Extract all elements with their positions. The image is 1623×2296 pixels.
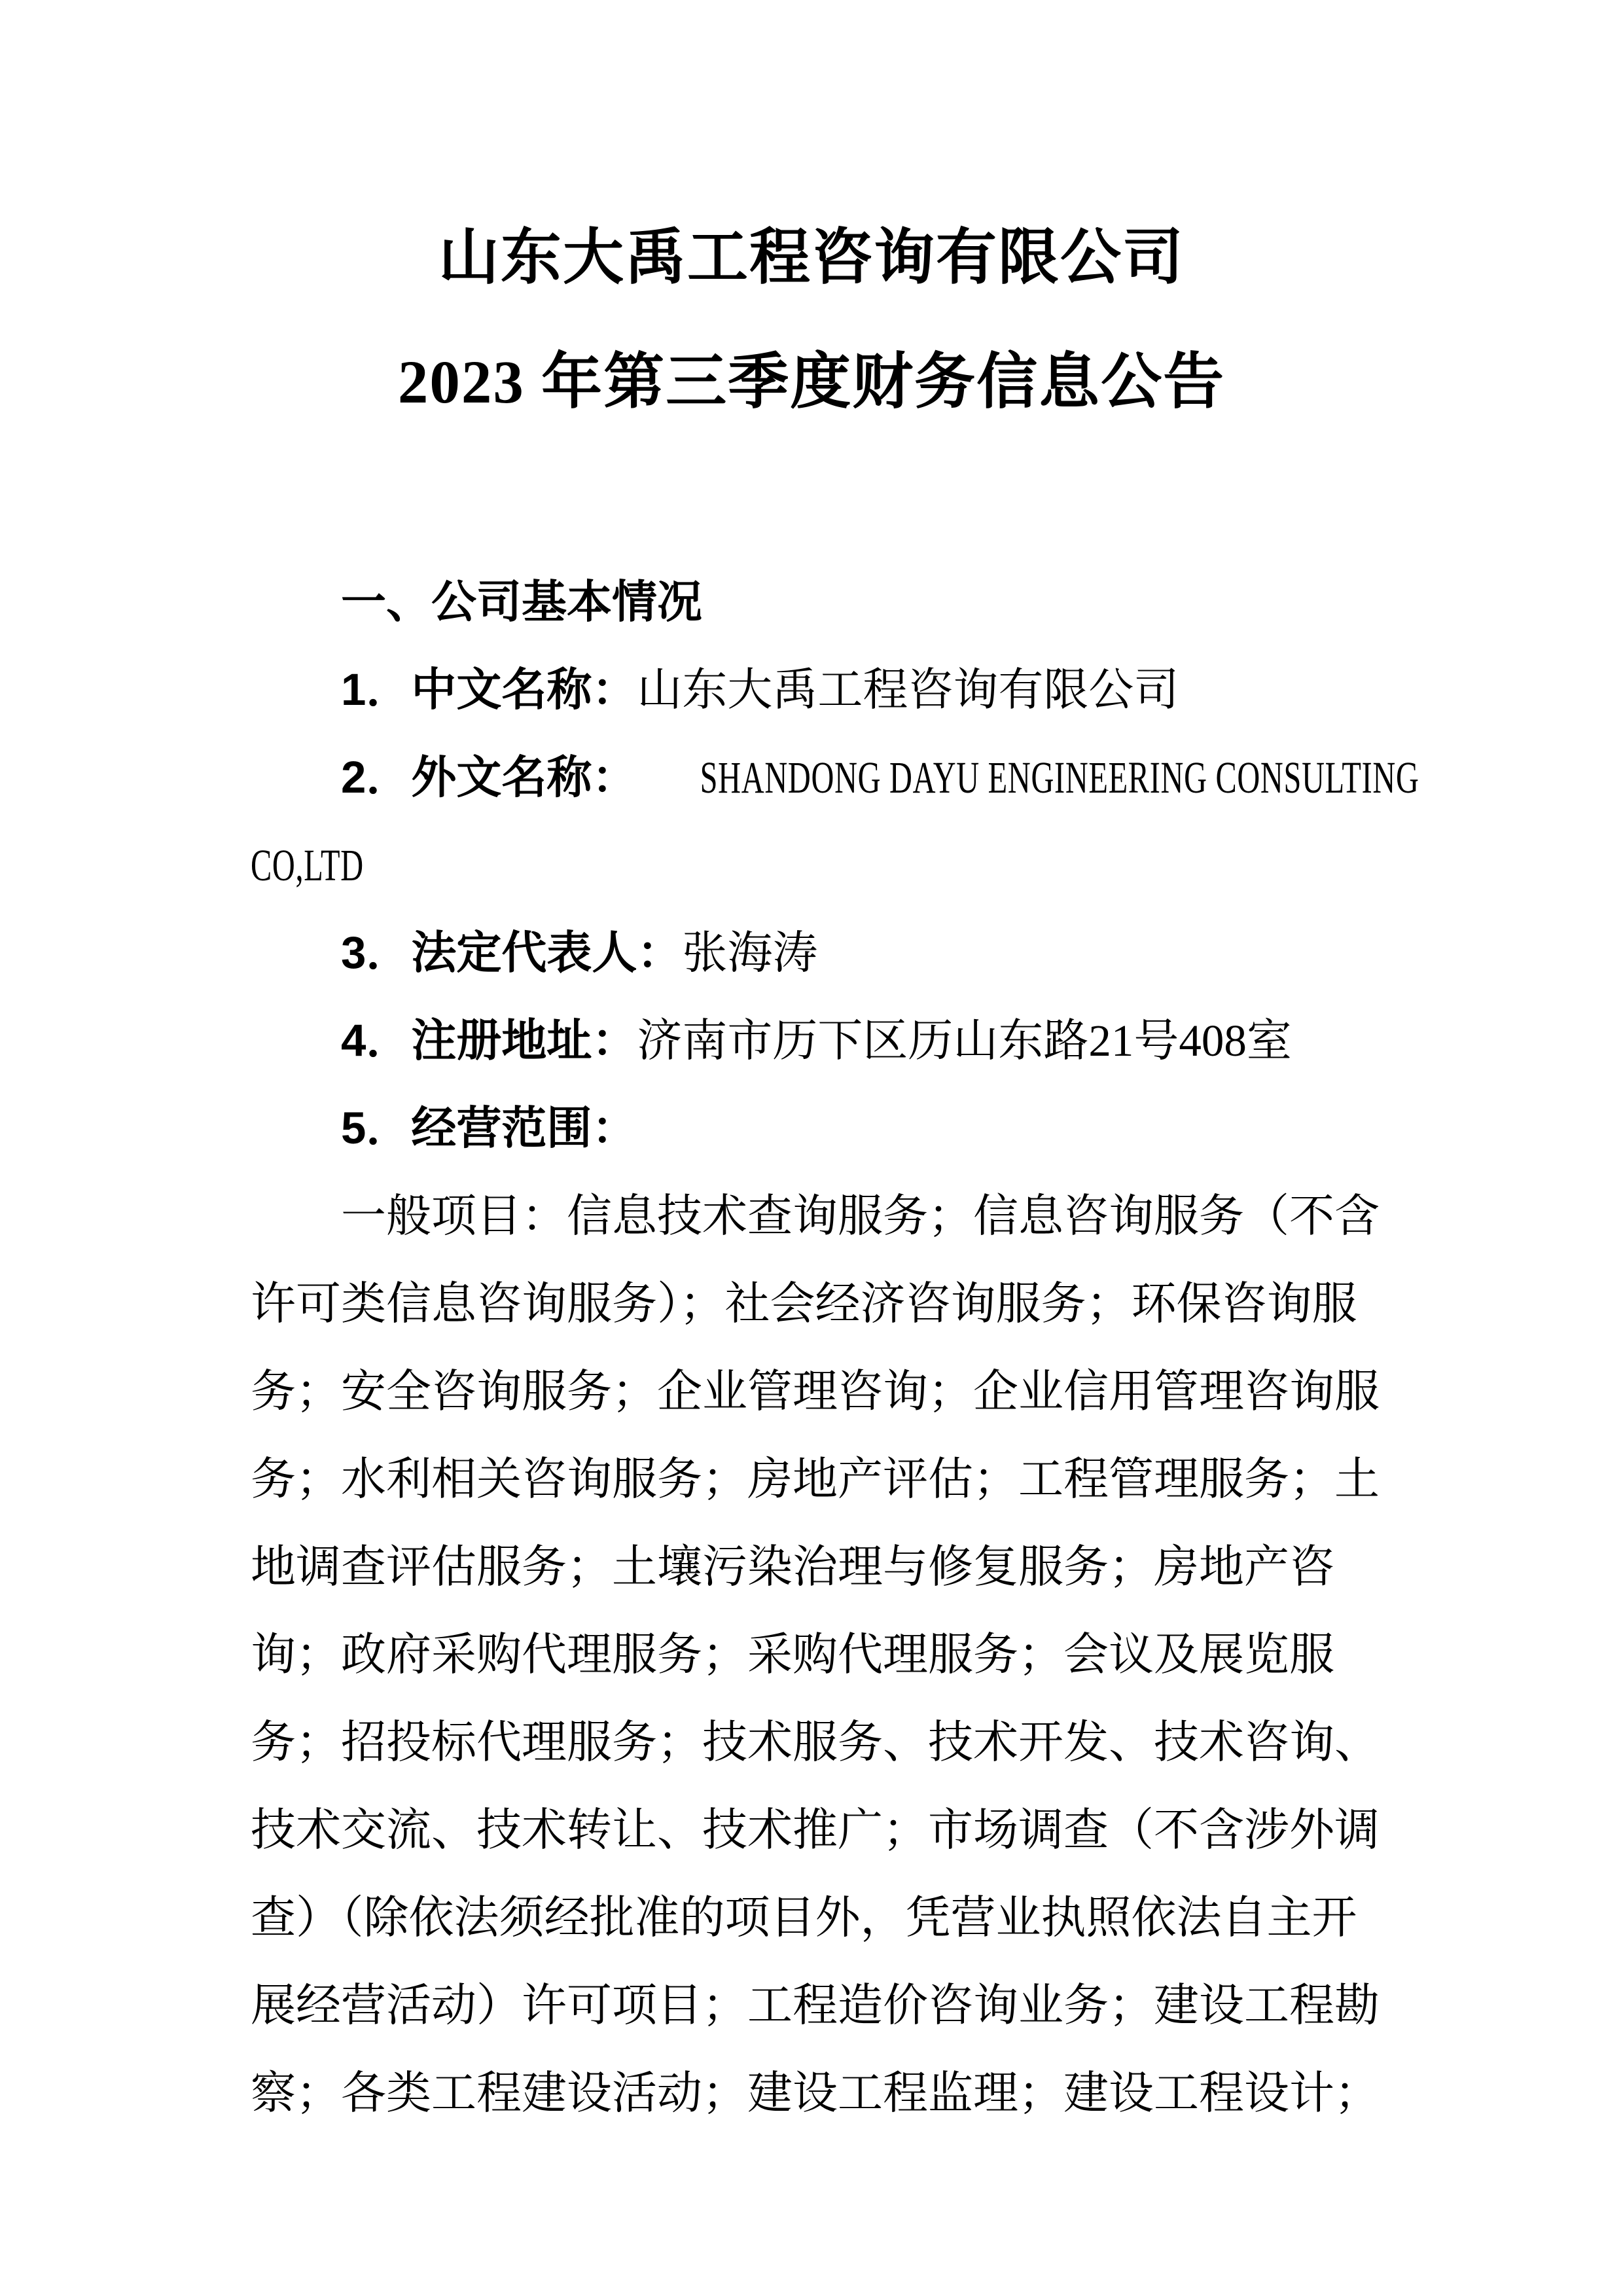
scope-line-9: 查）（除依法须经批准的项目外，凭营业执照依法自主开 — [251, 1874, 1400, 1962]
scope-line-6: 询；政府采购代理服务；采购代理服务；会议及展览服 — [251, 1611, 1400, 1698]
scope-line-3-segment-1: 务；安全咨询服务；企业管理咨询；企业信用管理咨询服 — [251, 1367, 1380, 1416]
scope-line-6-segment-1: 询；政府采购代理服务；采购代理服务；会议及展览服 — [251, 1630, 1334, 1679]
document-page: 山东大禹工程咨询有限公司 2023 年第三季度财务信息公告 一、公司基本情况1．… — [0, 0, 1623, 2296]
item-5-business-scope-label: 5．经营范围： — [251, 1085, 1400, 1172]
item-1-chinese-name: 1．中文名称：山东大禹工程咨询有限公司 — [251, 646, 1400, 734]
scope-line-7: 务；招投标代理服务；技术服务、技术开发、技术咨询、 — [251, 1698, 1400, 1786]
document-title-line1: 山东大禹工程咨询有限公司 — [0, 196, 1623, 321]
item-4-registered-address: 4．注册地址：济南市历下区历山东路21号408室 — [251, 997, 1400, 1085]
item-2-foreign-name-continuation: CO,LTD — [251, 821, 1400, 909]
scope-line-5-segment-1: 地调查评估服务；土壤污染治理与修复服务；房地产咨 — [251, 1542, 1334, 1592]
item-1-chinese-name-segment-2: 山东大禹工程咨询有限公司 — [637, 665, 1179, 715]
item-5-business-scope-label-segment-1: 5．经营范围： — [341, 1103, 637, 1153]
item-2-foreign-name-segment-2: SHANDONG DAYU ENGINEERING CONSULTING — [637, 734, 1419, 821]
scope-line-4: 务；水利相关咨询服务；房地产评估；工程管理服务；土 — [251, 1435, 1400, 1523]
scope-line-11: 察；各类工程建设活动；建设工程监理；建设工程设计； — [251, 2049, 1400, 2137]
document-body: 一、公司基本情况1．中文名称：山东大禹工程咨询有限公司2．外文名称：SHANDO… — [0, 558, 1623, 2137]
document-title: 山东大禹工程咨询有限公司 2023 年第三季度财务信息公告 — [0, 196, 1623, 445]
item-3-legal-representative-segment-1: 3．法定代表人： — [341, 927, 682, 978]
document-title-line2: 2023 年第三季度财务信息公告 — [0, 321, 1623, 445]
section-heading: 一、公司基本情况 — [251, 558, 1400, 646]
scope-line-10: 展经营活动）许可项目；工程造价咨询业务；建设工程勘 — [251, 1962, 1400, 2049]
item-2-foreign-name-segment-1: 2．外文名称： — [341, 752, 637, 802]
scope-line-11-segment-1: 察；各类工程建设活动；建设工程监理；建设工程设计； — [251, 2068, 1380, 2118]
section-heading-segment-1: 一、公司基本情况 — [341, 577, 702, 627]
scope-line-1: 一般项目：信息技术查询服务；信息咨询服务（不含 — [251, 1172, 1400, 1260]
item-3-legal-representative: 3．法定代表人：张海涛 — [251, 909, 1400, 997]
item-4-registered-address-segment-1: 4．注册地址： — [341, 1015, 637, 1066]
scope-line-1-segment-1: 一般项目：信息技术查询服务；信息咨询服务（不含 — [341, 1191, 1380, 1241]
item-4-registered-address-segment-2: 济南市历下区历山东路21号408室 — [637, 1016, 1292, 1066]
scope-line-2: 许可类信息咨询服务）；社会经济咨询服务；环保咨询服 — [251, 1260, 1400, 1348]
scope-line-10-segment-1: 展经营活动）许可项目；工程造价咨询业务；建设工程勘 — [251, 1981, 1380, 2030]
item-2-foreign-name-continuation-segment-1: CO,LTD — [251, 821, 364, 909]
scope-line-3: 务；安全咨询服务；企业管理咨询；企业信用管理咨询服 — [251, 1348, 1400, 1435]
scope-line-4-segment-1: 务；水利相关咨询服务；房地产评估；工程管理服务；土 — [251, 1454, 1380, 1504]
scope-line-5: 地调查评估服务；土壤污染治理与修复服务；房地产咨 — [251, 1523, 1400, 1611]
item-1-chinese-name-segment-1: 1．中文名称： — [341, 664, 637, 715]
scope-line-8-segment-1: 技术交流、技术转让、技术推广；市场调查（不含涉外调 — [251, 1805, 1380, 1855]
scope-line-2-segment-1: 许可类信息咨询服务）；社会经济咨询服务；环保咨询服 — [251, 1279, 1357, 1329]
item-3-legal-representative-segment-2: 张海涛 — [682, 928, 817, 978]
scope-line-8: 技术交流、技术转让、技术推广；市场调查（不含涉外调 — [251, 1786, 1400, 1874]
scope-line-7-segment-1: 务；招投标代理服务；技术服务、技术开发、技术咨询、 — [251, 1717, 1380, 1767]
scope-line-9-segment-1: 查）（除依法须经批准的项目外，凭营业执照依法自主开 — [251, 1893, 1357, 1943]
item-2-foreign-name: 2．外文名称：SHANDONG DAYU ENGINEERING CONSULT… — [251, 734, 1400, 821]
